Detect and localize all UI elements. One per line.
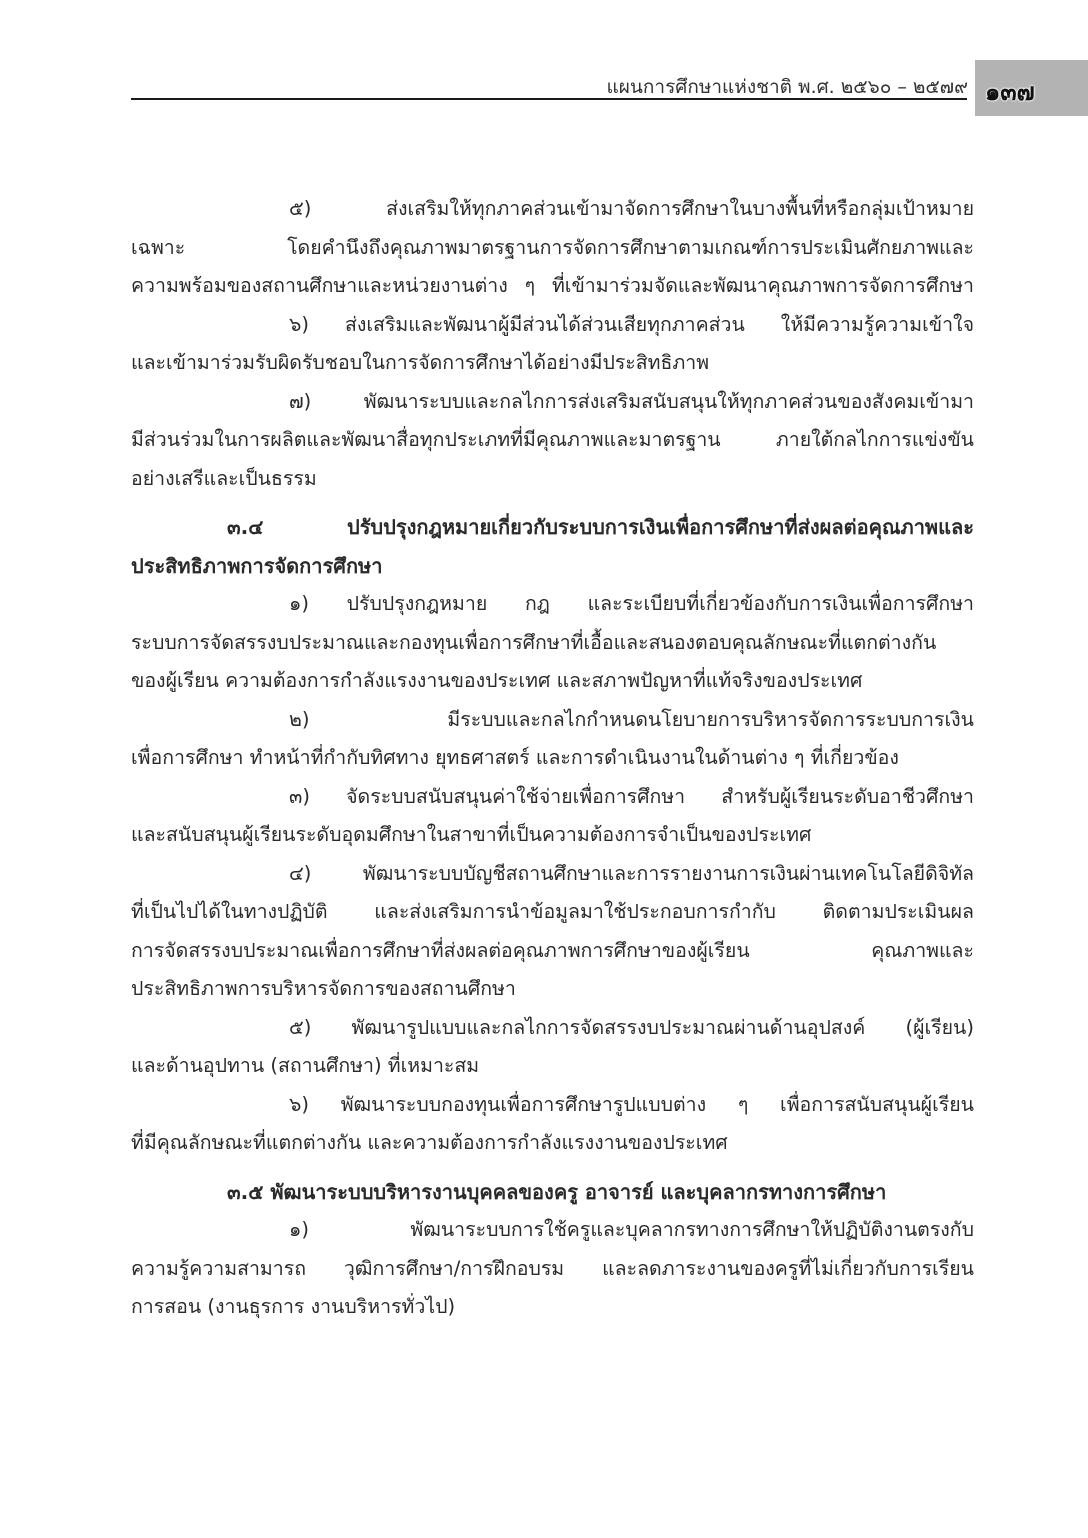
paragraph-line: ความรู้ความสามารถ วุฒิการศึกษา/การฝึกอบร… bbox=[131, 1250, 974, 1289]
paragraph-line: อย่างเสรีและเป็นธรรม bbox=[131, 460, 974, 499]
section-heading-cont: ประสิทธิภาพการจัดการศึกษา bbox=[131, 547, 974, 586]
paragraph-line: ๖) ส่งเสริมและพัฒนาผู้มีส่วนได้ส่วนเสียท… bbox=[131, 306, 974, 345]
list-item: ๓) จัดระบบสนับสนุนค่าใช้จ่ายเพื่อการศึกษ… bbox=[131, 778, 974, 855]
section-heading: ๓.๔ ปรับปรุงกฎหมายเกี่ยวกับระบบการเงินเพ… bbox=[131, 508, 974, 547]
paragraph-line: เฉพาะ โดยคำนึงถึงคุณภาพมาตรฐานการจัดการศ… bbox=[131, 229, 974, 268]
header-divider bbox=[131, 98, 967, 100]
paragraph-line: ประสิทธิภาพการบริหารจัดการของสถานศึกษา bbox=[131, 970, 974, 1009]
paragraph-line: ๑) พัฒนาระบบการใช้ครูและบุคลากรทางการศึก… bbox=[131, 1211, 974, 1250]
paragraph-line: เพื่อการศึกษา ทำหน้าที่กำกับทิศทาง ยุทธศ… bbox=[131, 739, 974, 778]
paragraph-line: ที่มีคุณลักษณะที่แตกต่างกัน และความต้องก… bbox=[131, 1124, 974, 1163]
paragraph-line: การจัดสรรงบประมาณเพื่อการศึกษาที่ส่งผลต่… bbox=[131, 932, 974, 971]
list-item: ๔) พัฒนาระบบบัญชีสถานศึกษาและการรายงานกา… bbox=[131, 855, 974, 1009]
paragraph-line: ระบบการจัดสรรงบประมาณและกองทุนเพื่อการศึ… bbox=[131, 624, 974, 663]
paragraph-line: ๗) พัฒนาระบบและกลไกการส่งเสริมสนับสนุนให… bbox=[131, 383, 974, 422]
page-number: ๑๓๗ bbox=[985, 72, 1035, 111]
paragraph-line: และเข้ามาร่วมรับผิดรับชอบในการจัดการศึกษ… bbox=[131, 344, 974, 383]
paragraph-line: ๕) พัฒนารูปแบบและกลไกการจัดสรรงบประมาณผ่… bbox=[131, 1009, 974, 1048]
section-3-4: ๓.๔ ปรับปรุงกฎหมายเกี่ยวกับระบบการเงินเพ… bbox=[131, 508, 974, 1163]
paragraph-line: ๒) มีระบบและกลไกกำหนดนโยบายการบริหารจัดก… bbox=[131, 701, 974, 740]
list-item: ๑) ปรับปรุงกฎหมาย กฎ และระเบียบที่เกี่ยว… bbox=[131, 585, 974, 701]
paragraph-line: ของผู้เรียน ความต้องการกำลังแรงงานของประ… bbox=[131, 662, 974, 701]
list-item: ๕) ส่งเสริมให้ทุกภาคส่วนเข้ามาจัดการศึกษ… bbox=[131, 190, 974, 306]
section-3-5: ๓.๕ พัฒนาระบบบริหารงานบุคคลของครู อาจารย… bbox=[131, 1173, 974, 1327]
paragraph-line: และด้านอุปทาน (สถานศึกษา) ที่เหมาะสม bbox=[131, 1047, 974, 1086]
paragraph-line: มีส่วนร่วมในการผลิตและพัฒนาสื่อทุกประเภท… bbox=[131, 421, 974, 460]
paragraph-line: การสอน (งานธุรการ งานบริหารทั่วไป) bbox=[131, 1288, 974, 1327]
paragraph-line: ความพร้อมของสถานศึกษาและหน่วยงานต่าง ๆ ท… bbox=[131, 267, 974, 306]
paragraph-line: ๑) ปรับปรุงกฎหมาย กฎ และระเบียบที่เกี่ยว… bbox=[131, 585, 974, 624]
paragraph-line: ที่เป็นไปได้ในทางปฏิบัติ และส่งเสริมการน… bbox=[131, 893, 974, 932]
paragraph-line: ๕) ส่งเสริมให้ทุกภาคส่วนเข้ามาจัดการศึกษ… bbox=[131, 190, 974, 229]
page-body: ๕) ส่งเสริมให้ทุกภาคส่วนเข้ามาจัดการศึกษ… bbox=[131, 190, 974, 1327]
list-item: ๑) พัฒนาระบบการใช้ครูและบุคลากรทางการศึก… bbox=[131, 1211, 974, 1327]
paragraph-line: และสนับสนุนผู้เรียนระดับอุดมศึกษาในสาขาท… bbox=[131, 816, 974, 855]
list-item: ๗) พัฒนาระบบและกลไกการส่งเสริมสนับสนุนให… bbox=[131, 383, 974, 499]
list-item: ๒) มีระบบและกลไกกำหนดนโยบายการบริหารจัดก… bbox=[131, 701, 974, 778]
paragraph-line: ๔) พัฒนาระบบบัญชีสถานศึกษาและการรายงานกา… bbox=[131, 855, 974, 894]
paragraph-line: ๖) พัฒนาระบบกองทุนเพื่อการศึกษารูปแบบต่า… bbox=[131, 1086, 974, 1125]
list-item: ๕) พัฒนารูปแบบและกลไกการจัดสรรงบประมาณผ่… bbox=[131, 1009, 974, 1086]
list-item: ๖) พัฒนาระบบกองทุนเพื่อการศึกษารูปแบบต่า… bbox=[131, 1086, 974, 1163]
paragraph-line: ๓) จัดระบบสนับสนุนค่าใช้จ่ายเพื่อการศึกษ… bbox=[131, 778, 974, 817]
section-heading: ๓.๕ พัฒนาระบบบริหารงานบุคคลของครู อาจารย… bbox=[131, 1173, 974, 1212]
list-item: ๖) ส่งเสริมและพัฒนาผู้มีส่วนได้ส่วนเสียท… bbox=[131, 306, 974, 383]
